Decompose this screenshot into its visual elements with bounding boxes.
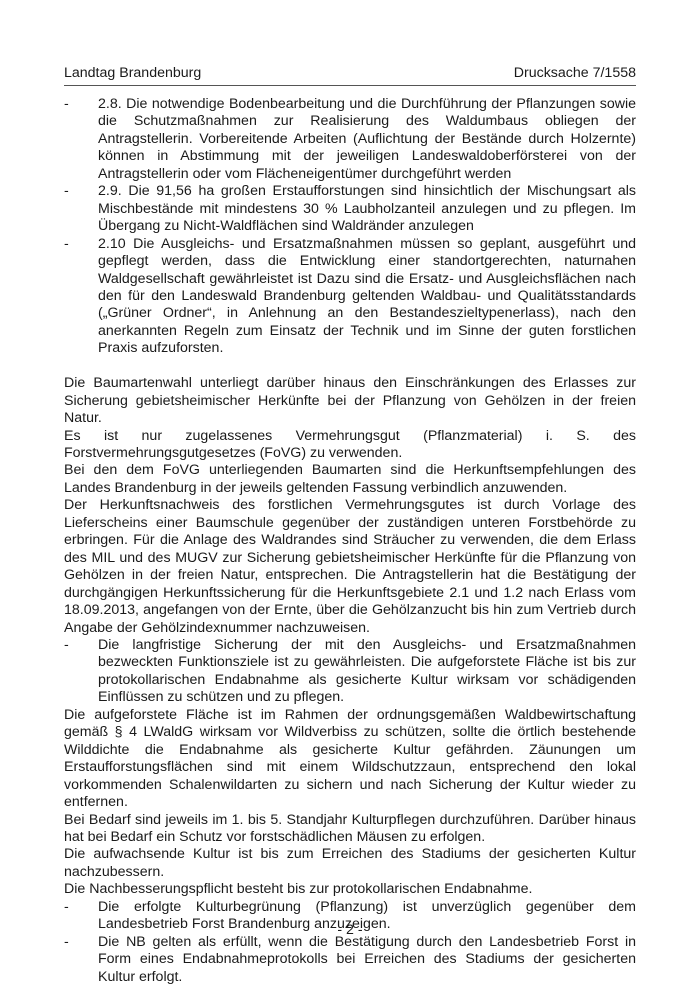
list-item: - 2.8. Die notwendige Bodenbearbeitung u…	[64, 96, 636, 183]
conditions-list-a: - 2.8. Die notwendige Bodenbearbeitung u…	[64, 96, 636, 358]
document-body: - 2.8. Die notwendige Bodenbearbeitung u…	[64, 96, 636, 986]
paragraph: Es ist nur zugelassenes Vermehrungsgut (…	[64, 428, 636, 463]
list-item-text: 2.8. Die notwendige Bodenbearbeitung und…	[98, 96, 636, 183]
paragraph: Bei Bedarf sind jeweils im 1. bis 5. Sta…	[64, 812, 636, 847]
paragraph: Der Herkunftsnachweis des forstlichen Ve…	[64, 497, 636, 637]
bullet-dash: -	[64, 183, 98, 235]
document-page: Landtag Brandenburg Drucksache 7/1558 - …	[64, 64, 636, 986]
paragraph: Die Nachbesserungspflicht besteht bis zu…	[64, 881, 636, 898]
paragraph: Bei den dem FoVG unterliegenden Baumarte…	[64, 462, 636, 497]
spacer	[64, 358, 636, 375]
bullet-dash: -	[64, 934, 98, 986]
bullet-dash: -	[64, 96, 98, 183]
header-right: Drucksache 7/1558	[514, 64, 636, 82]
bullet-dash: -	[64, 637, 98, 707]
page-header: Landtag Brandenburg Drucksache 7/1558	[64, 64, 636, 86]
list-item-text: Die langfristige Sicherung der mit den A…	[98, 637, 636, 707]
list-item-text: 2.9. Die 91,56 ha großen Erstaufforstung…	[98, 183, 636, 235]
paragraph: Die aufgeforstete Fläche ist im Rahmen d…	[64, 707, 636, 812]
header-left: Landtag Brandenburg	[64, 64, 201, 82]
list-item: - Die langfristige Sicherung der mit den…	[64, 637, 636, 707]
bullet-dash: -	[64, 236, 98, 358]
paragraph: Die aufwachsende Kultur ist bis zum Erre…	[64, 846, 636, 881]
list-item: - Die NB gelten als erfüllt, wenn die Be…	[64, 934, 636, 986]
paragraph: Die Baumartenwahl unterliegt darüber hin…	[64, 375, 636, 427]
list-item-text: 2.10 Die Ausgleichs- und Ersatzmaßnahmen…	[98, 236, 636, 358]
list-item: - 2.10 Die Ausgleichs- und Ersatzmaßnahm…	[64, 236, 636, 358]
list-item-text: Die NB gelten als erfüllt, wenn die Best…	[98, 934, 636, 986]
list-item: - 2.9. Die 91,56 ha großen Erstaufforstu…	[64, 183, 636, 235]
page-number: - 2 -	[0, 922, 700, 938]
